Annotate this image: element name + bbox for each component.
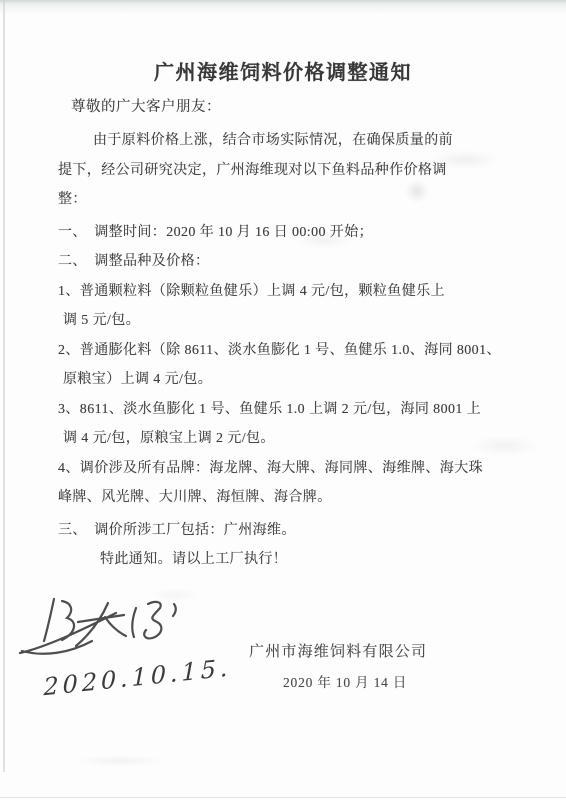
- body-line-item-1: 1、普通颗粒料（除颗粒鱼健乐）上调 4 元/包，颗粒鱼健乐上: [58, 277, 544, 307]
- handwritten-date: 2020.10.15.: [36, 650, 226, 706]
- body-line-clause-3: 三、 调价所涉工厂包括：广州海维。: [58, 516, 544, 546]
- scan-top-shadow: [0, 0, 566, 14]
- body-line-clause-2: 二、 调整品种及价格：: [58, 247, 544, 277]
- handwritten-date-text: 2020.10.15.: [43, 653, 226, 701]
- notice-title: 广州海维饲料价格调整通知: [0, 56, 566, 85]
- body-line: 整：: [58, 185, 544, 215]
- body-line-item-4: 4、调价涉及所有品牌：海龙牌、海大牌、海同牌、海维牌、海大珠: [58, 454, 544, 484]
- body-line: 原粮宝）上调 4 元/包。: [58, 365, 544, 395]
- body-line-clause-1: 一、 调整时间：2020 年 10 月 16 日 00:00 开始；: [58, 218, 544, 248]
- body-line: 提下，经公司研究决定，广州海维现对以下鱼料品种作价格调: [58, 156, 544, 186]
- scanned-notice-page: 广州海维饲料价格调整通知 尊敬的广大客户朋友： 由于原料价格上涨，结合市场实际情…: [0, 0, 566, 800]
- body-line: 由于原料价格上涨，结合市场实际情况，在确保质量的前: [58, 126, 544, 156]
- salutation: 尊敬的广大客户朋友：: [71, 95, 221, 116]
- body-line: 调 4 元/包，原粮宝上调 2 元/包。: [58, 424, 544, 454]
- company-name: 广州市海维饲料有限公司: [249, 640, 427, 661]
- scan-left-edge-line: [3, 0, 5, 772]
- body-line-closing: 特此通知。请以上工厂执行！: [58, 545, 544, 575]
- notice-date: 2020 年 10 月 14 日: [283, 671, 407, 691]
- scan-bottom-edge-line: [0, 797, 566, 798]
- body-line: 峰牌、风光牌、大川牌、海恒牌、海合牌。: [58, 483, 544, 513]
- scan-smudge: [75, 755, 165, 767]
- notice-body: 由于原料价格上涨，结合市场实际情况，在确保质量的前 提下，经公司研究决定，广州海…: [58, 126, 544, 575]
- body-line-item-2: 2、普通膨化料（除 8611、淡水鱼膨化 1 号、鱼健乐 1.0、海同 8001…: [58, 336, 544, 366]
- body-line-item-3: 3、8611、淡水鱼膨化 1 号、鱼健乐 1.0 上调 2 元/包，海同 800…: [58, 395, 544, 425]
- body-line: 调 5 元/包。: [58, 306, 544, 336]
